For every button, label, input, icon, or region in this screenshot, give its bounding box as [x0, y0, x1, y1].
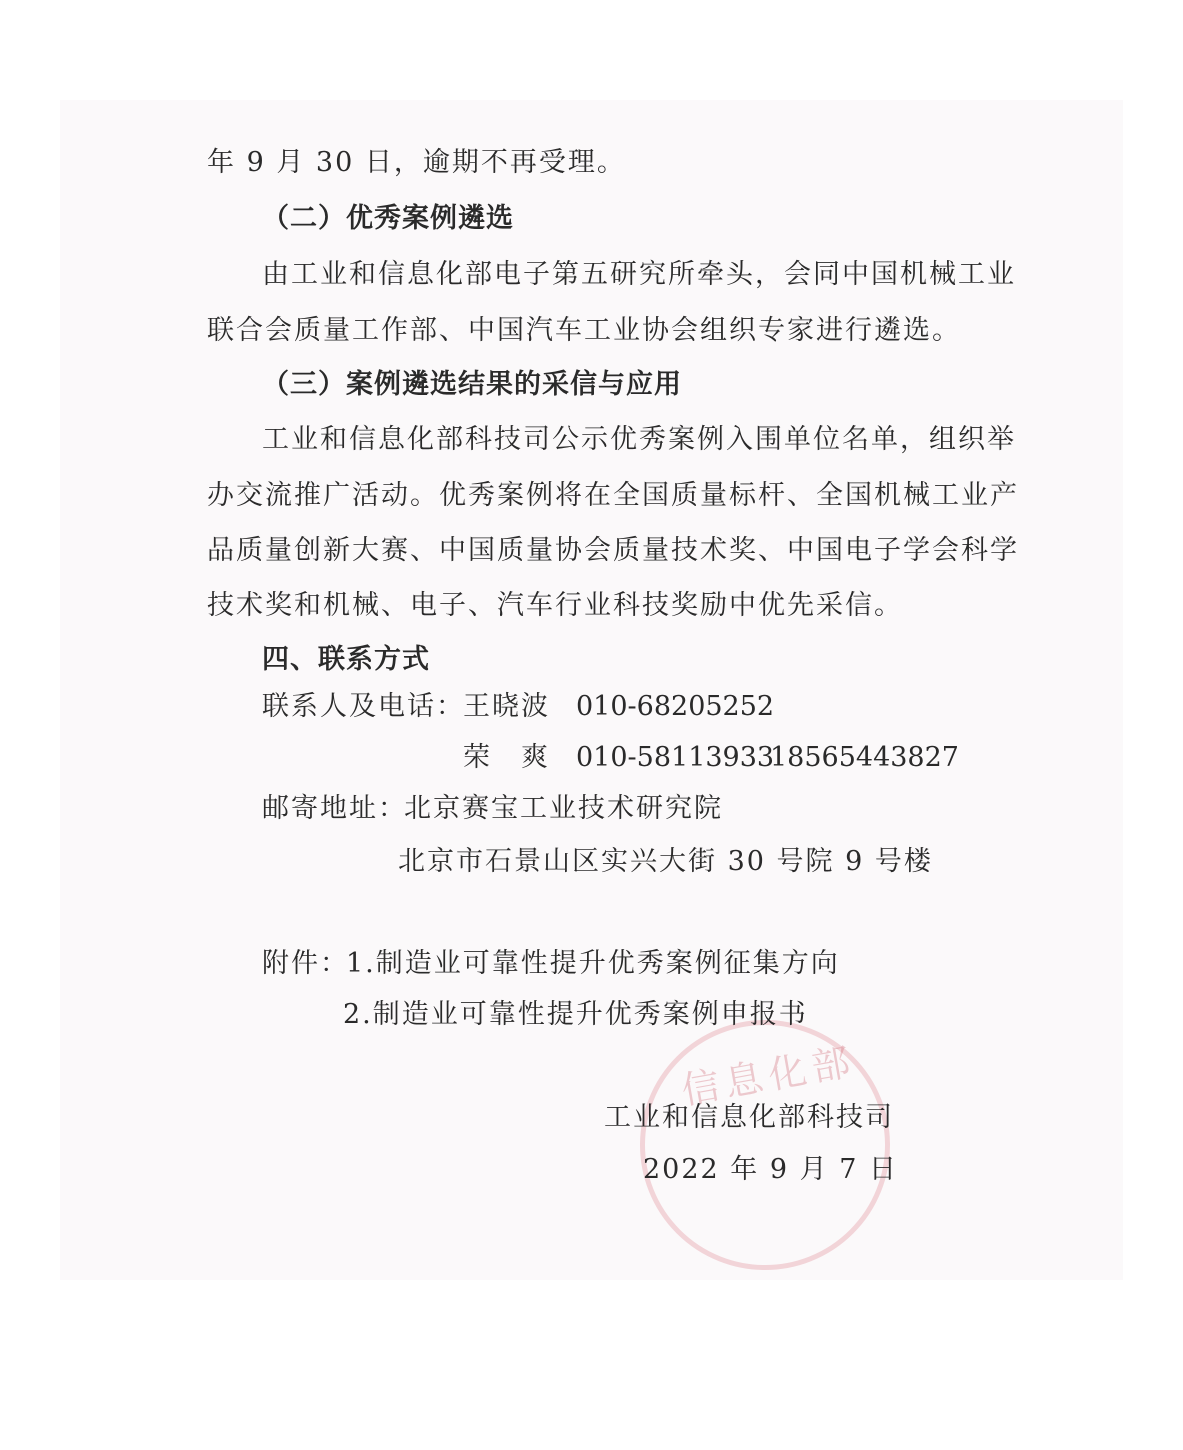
section-2-body-line: 联合会质量工作部、中国汽车工业协会组织专家进行遴选。: [207, 314, 961, 348]
section-3-body-line: 工业和信息化部科技司公示优秀案例入围单位名单，组织举: [262, 423, 1016, 457]
section-3-body-line: 品质量创新大赛、中国质量协会质量技术奖、中国电子学会科学: [207, 534, 1019, 568]
section-2-body-line: 由工业和信息化部电子第五研究所牵头，会同中国机械工业: [262, 258, 1016, 292]
signature-date: 2022 年 9 月 7 日: [643, 1153, 898, 1187]
section-2-heading: （二）优秀案例遴选: [262, 202, 514, 236]
contact-phone: 010-68205252: [576, 690, 774, 724]
contact-name: 王晓波: [463, 690, 550, 724]
signature-org: 工业和信息化部科技司: [604, 1101, 894, 1135]
contact-mobile: 18565443827: [770, 741, 959, 775]
section-3-body-line: 技术奖和机械、电子、汽车行业科技奖励中优先采信。: [207, 589, 903, 623]
address-line: 北京赛宝工业技术研究院: [404, 792, 723, 826]
contact-label: 联系人及电话：: [262, 690, 465, 724]
section-3-body-line: 办交流推广活动。优秀案例将在全国质量标杆、全国机械工业产: [207, 479, 1019, 513]
address-line: 北京市石景山区实兴大街 30 号院 9 号楼: [398, 845, 933, 879]
attachments-label: 附件：: [262, 947, 349, 981]
deadline-line: 年 9 月 30 日，逾期不再受理。: [207, 146, 626, 180]
attachment-item: 1.制造业可靠性提升优秀案例征集方向: [346, 947, 840, 981]
contact-name: 荣 爽: [463, 741, 550, 775]
section-4-heading: 四、联系方式: [262, 643, 430, 677]
address-label: 邮寄地址：: [262, 792, 407, 826]
section-3-heading: （三）案例遴选结果的采信与应用: [262, 368, 682, 402]
attachment-item: 2.制造业可靠性提升优秀案例申报书: [343, 998, 808, 1032]
contact-phone: 010-58113933: [576, 741, 774, 775]
